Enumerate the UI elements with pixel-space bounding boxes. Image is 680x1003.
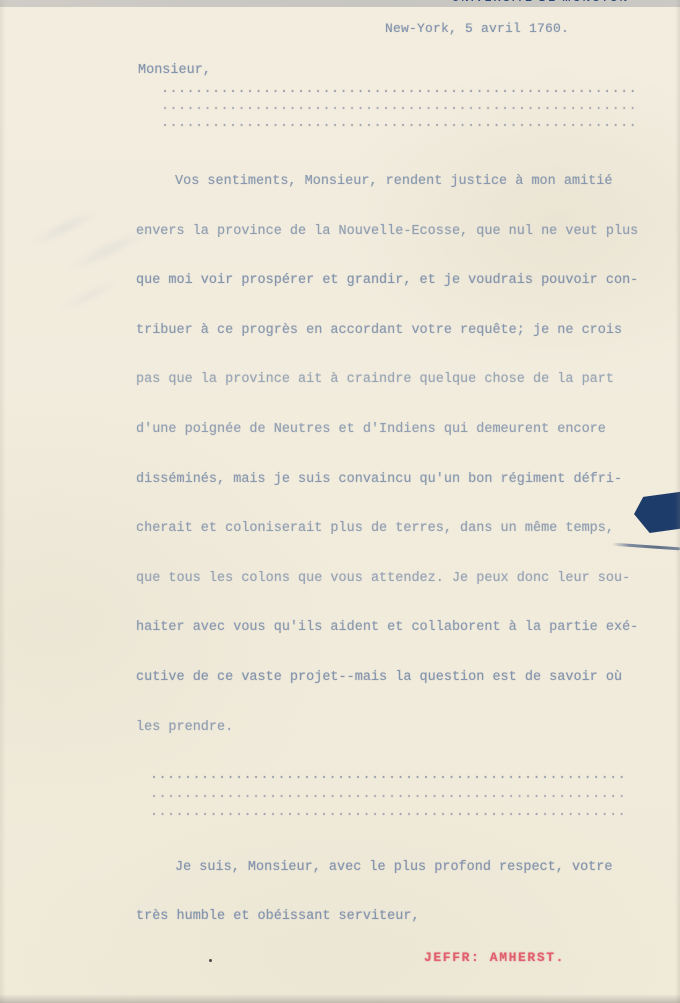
letter-line: envers la province de la Nouvelle-Ecosse… (136, 207, 638, 257)
letter-line: les prendre. (136, 703, 638, 753)
closing-line: Je suis, Monsieur, avec le plus profond … (136, 843, 612, 892)
letter-line: cherait et coloniserait plus de terres, … (136, 504, 638, 554)
redaction-line: ........................................… (150, 767, 626, 786)
letter-line: que moi voir prospérer et grandir, et je… (136, 256, 638, 306)
letter-line: Vos sentiments, Monsieur, rendent justic… (136, 157, 638, 207)
redaction-line: ........................................… (150, 804, 626, 823)
top-scan-band: UNIVERSITE DE MONCTON (0, 0, 680, 7)
redacted-block-top: ........................................… (161, 82, 637, 132)
redaction-line: ........................................… (150, 786, 626, 805)
signature-stamp: JEFFR: AMHERST. (424, 950, 565, 965)
redaction-line: ........................................… (161, 99, 637, 116)
letter-line: haiter avec vous qu'ils aident et collab… (136, 603, 638, 653)
ink-speck (209, 959, 212, 962)
salutation: Monsieur, (138, 63, 211, 78)
closing-line: très humble et obéissant serviteur, (136, 892, 612, 941)
redacted-block-bottom: ........................................… (150, 767, 626, 823)
letter-body: Vos sentiments, Monsieur, rendent justic… (136, 157, 638, 752)
letter-closing: Je suis, Monsieur, avec le plus profond … (136, 843, 612, 942)
scanned-letter-page: UNIVERSITE DE MONCTON New-York, 5 avril … (0, 0, 680, 1003)
archive-stamp: UNIVERSITE DE MONCTON (452, 0, 629, 4)
left-scan-shadow (0, 0, 6, 1003)
ink-blot (634, 491, 680, 533)
letter-line: que tous les colons que vous attendez. J… (136, 554, 638, 604)
right-scan-shadow (675, 0, 680, 1003)
letter-line: pas que la province ait à craindre quelq… (136, 355, 638, 405)
redaction-line: ........................................… (161, 82, 637, 99)
bottom-scan-shadow (0, 994, 680, 1003)
letter-line: cutive de ce vaste projet--mais la quest… (136, 653, 638, 703)
letter-line: disséminés, mais je suis convaincu qu'un… (136, 455, 638, 505)
letter-line: d'une poignée de Neutres et d'Indiens qu… (136, 405, 638, 455)
letter-line: tribuer à ce progrès en accordant votre … (136, 306, 638, 356)
redaction-line: ........................................… (161, 116, 637, 133)
dateline: New-York, 5 avril 1760. (385, 21, 569, 36)
